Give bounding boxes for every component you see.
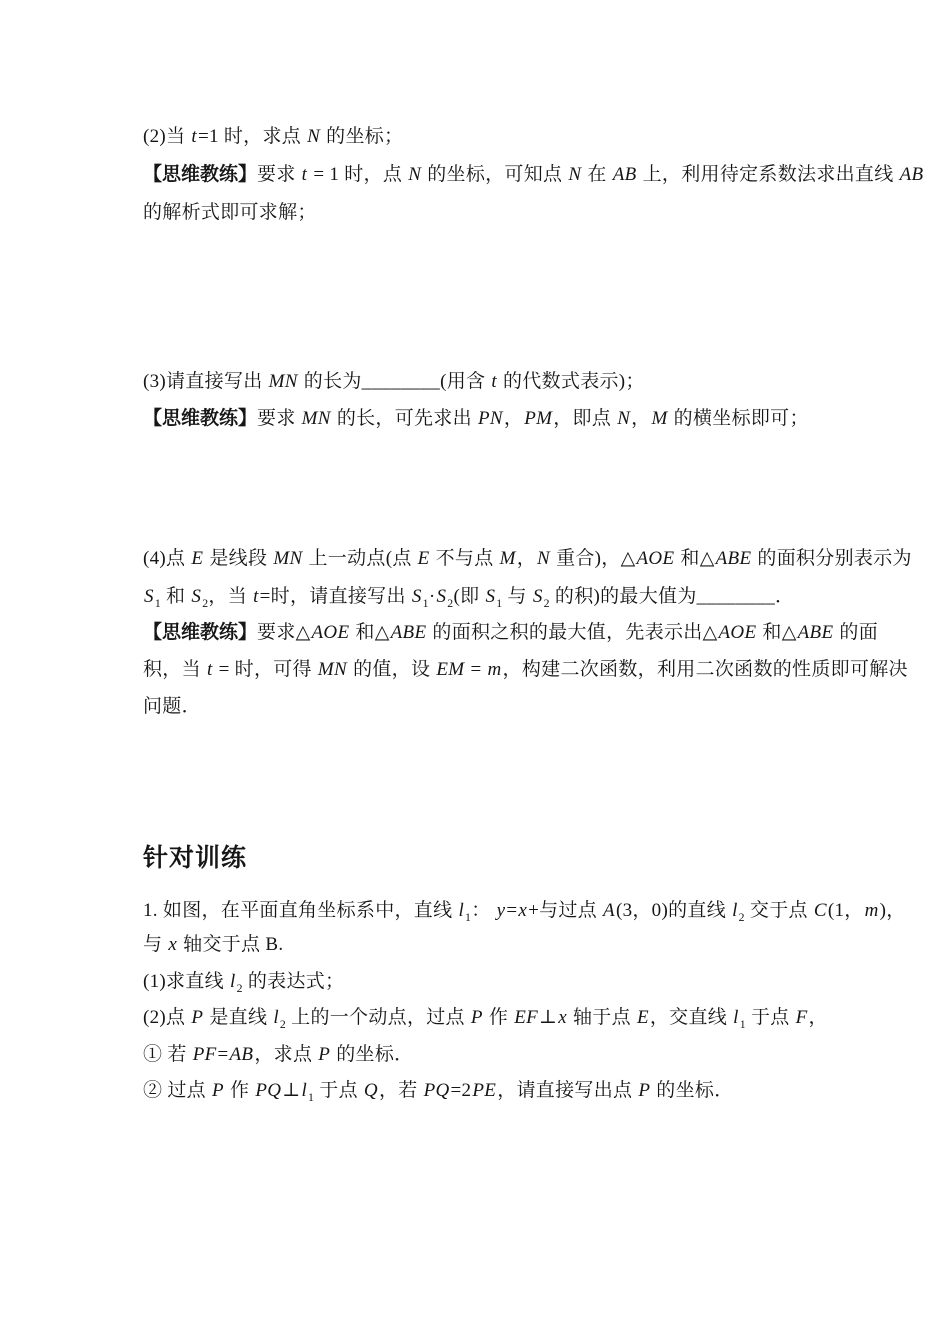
math-variable: N	[306, 126, 321, 147]
text-run: 交于点	[745, 900, 813, 921]
text-run: 的长，可先求出	[332, 408, 477, 429]
text-run: 的坐标；	[321, 126, 403, 147]
math-variable: PE	[471, 1080, 497, 1101]
math-variable: AB	[899, 164, 925, 185]
text-run: =	[506, 900, 517, 921]
coach-note-part4-line2: 积，当 t = 时，可得 MN 的值，设 EM = m，构建二次函数，利用二次函…	[143, 656, 908, 683]
text-run: )，	[880, 900, 906, 921]
text-run: (3)请直接写出	[143, 371, 268, 392]
text-run: 的值，设	[348, 659, 435, 680]
question-part3: (3)请直接写出 MN 的长为________(用含 t 的代数式表示)；	[143, 368, 645, 395]
math-variable: N	[536, 548, 551, 569]
text-run: 问题．	[143, 696, 201, 717]
text-run: 轴于点	[568, 1007, 636, 1028]
text-run: 和	[161, 586, 190, 607]
text-run: (2)点	[143, 1007, 190, 1028]
text-run: 的积)的最大值为________．	[550, 586, 794, 607]
text-run: 1. 如图，在平面直角坐标系中，直线	[143, 900, 457, 921]
math-variable: M	[650, 408, 668, 429]
math-variable: S	[435, 586, 447, 607]
math-variable: l	[731, 900, 739, 921]
question-part4-line1: (4)点 E 是线段 MN 上一动点(点 E 不与点 M，N 重合)，△AOE …	[143, 545, 912, 572]
text-run: 上的一个动点，过点	[286, 1007, 470, 1028]
text-run: (3，0)的直线	[616, 900, 731, 921]
text-run: 和△	[757, 622, 796, 643]
text-run: (2)当	[143, 126, 190, 147]
bold-label: 【思维教练】	[143, 164, 257, 185]
text-run: ，构建二次函数，利用二次函数的性质即可解决	[503, 659, 908, 680]
text-run: = 时，可得	[214, 659, 317, 680]
math-variable: y	[496, 900, 507, 921]
text-run: ，当	[208, 586, 252, 607]
text-run: ，请直接写出点	[497, 1080, 637, 1101]
text-run: (4)点	[143, 548, 190, 569]
math-variable: AOE	[636, 548, 676, 569]
math-variable: S	[411, 586, 423, 607]
text-run: ，	[809, 1007, 828, 1028]
math-variable: PF	[192, 1044, 218, 1065]
math-variable: E	[190, 548, 204, 569]
math-variable: Q	[363, 1080, 379, 1101]
math-variable: MN	[272, 548, 303, 569]
math-variable: M	[499, 548, 517, 569]
question-part4-line2: S1 和 S2，当 t=时，请直接写出 S1·S2(即 S1 与 S2 的积)的…	[143, 583, 794, 610]
text-run: 的面积之积的最大值，先表示出△	[427, 622, 717, 643]
text-run: 与	[502, 586, 531, 607]
math-variable: ABE	[715, 548, 753, 569]
text-run: 积，当	[143, 659, 206, 680]
math-variable: P	[190, 1007, 204, 1028]
section-heading: 针对训练	[143, 842, 247, 874]
text-run: ，	[631, 408, 650, 429]
math-variable: EF	[513, 1007, 539, 1028]
training-problem1-sub2: ② 过点 P 作 PQ⊥l1 于点 Q，若 PQ=2PE，请直接写出点 P 的坐…	[143, 1077, 734, 1104]
text-run: 要求	[257, 408, 301, 429]
text-run: 的坐标，可知点	[422, 164, 567, 185]
coach-note-part4-line3: 问题．	[143, 693, 201, 720]
math-variable: t	[252, 586, 260, 607]
math-variable: P	[211, 1080, 225, 1101]
text-run: 上，利用待定系数法求出直线	[638, 164, 899, 185]
coach-note-part2-line1: 【思维教练】要求 t = 1 时，点 N 的坐标，可知点 N 在 AB 上，利用…	[143, 161, 924, 188]
text-run: (1，	[828, 900, 864, 921]
training-problem1-part1: (1)求直线 l2 的表达式；	[143, 968, 344, 995]
math-variable: l	[732, 1007, 740, 1028]
math-variable: F	[795, 1007, 809, 1028]
text-run: 重合)，△	[551, 548, 636, 569]
text-run: 是直线	[204, 1007, 272, 1028]
text-run: 是线段	[204, 548, 272, 569]
math-variable: ABE	[390, 622, 428, 643]
math-variable: m	[864, 900, 880, 921]
math-variable: EM	[435, 659, 465, 680]
math-variable: MN	[317, 659, 348, 680]
math-variable: x	[517, 900, 528, 921]
text-run: 和△	[350, 622, 389, 643]
text-run: 的表达式；	[243, 971, 345, 992]
math-variable: m	[487, 659, 503, 680]
math-variable: AOE	[718, 622, 758, 643]
math-variable: C	[813, 900, 828, 921]
text-run: ② 过点	[143, 1080, 211, 1101]
text-run: 与	[143, 934, 167, 955]
training-problem1-part2: (2)点 P 是直线 l2 上的一个动点，过点 P 作 EF⊥x 轴于点 E，交…	[143, 1004, 828, 1031]
math-variable: S	[532, 586, 544, 607]
text-run: 不与点	[431, 548, 499, 569]
math-variable: PQ	[254, 1080, 282, 1101]
math-variable: t	[206, 659, 214, 680]
text-run: 作	[225, 1080, 254, 1101]
math-variable: MN	[268, 371, 299, 392]
math-variable: N	[567, 164, 582, 185]
text-run: 的面积分别表示为	[752, 548, 911, 569]
text-run: 要求△	[257, 622, 311, 643]
text-run: 要求	[257, 164, 301, 185]
math-variable: N	[616, 408, 631, 429]
training-problem1-line2: 与 x 轴交于点 B.	[143, 931, 283, 958]
math-variable: P	[470, 1007, 484, 1028]
math-variable: l	[229, 971, 237, 992]
math-variable: S	[143, 586, 155, 607]
text-run: 的坐标．	[331, 1044, 413, 1065]
question-part2: (2)当 t=1 时，求点 N 的坐标；	[143, 123, 403, 150]
text-run: 的横坐标即可；	[669, 408, 809, 429]
math-variable: l	[457, 900, 465, 921]
text-run: 上一动点(点	[303, 548, 416, 569]
math-variable: S	[190, 586, 202, 607]
bold-label: 【思维教练】	[143, 622, 257, 643]
text-run: 于点	[314, 1080, 363, 1101]
math-variable: A	[602, 900, 616, 921]
math-variable: x	[167, 934, 178, 955]
text-run: 和△	[675, 548, 714, 569]
text-run: 轴交于点 B.	[178, 934, 283, 955]
math-variable: P	[637, 1080, 651, 1101]
text-run: +与过点	[528, 900, 602, 921]
math-variable: t	[490, 371, 498, 392]
text-run: =	[218, 1044, 229, 1065]
coach-note-part3: 【思维教练】要求 MN 的长，可先求出 PN，PM，即点 N，M 的横坐标即可；	[143, 405, 809, 432]
text-run: ，交直线	[650, 1007, 732, 1028]
text-run: ⊥	[282, 1080, 300, 1101]
text-run: ：	[471, 900, 495, 921]
text-run: 的解析式即可求解；	[143, 202, 317, 223]
math-variable: MN	[301, 408, 332, 429]
text-run: =2	[451, 1080, 472, 1101]
text-run: 的代数式表示)；	[498, 371, 645, 392]
text-run: ，	[517, 548, 536, 569]
math-variable: AB	[612, 164, 638, 185]
text-run: 作	[484, 1007, 513, 1028]
text-run: (1)求直线	[143, 971, 229, 992]
coach-note-part4-line1: 【思维教练】要求△AOE 和△ABE 的面积之积的最大值，先表示出△AOE 和△…	[143, 619, 878, 646]
text-run: 的面	[834, 622, 878, 643]
training-problem1-line1: 1. 如图，在平面直角坐标系中，直线 l1： y=x+与过点 A(3，0)的直线…	[143, 897, 906, 924]
text-run: ，即点	[553, 408, 616, 429]
text-run: ，若	[379, 1080, 423, 1101]
text-run: ① 若	[143, 1044, 192, 1065]
training-problem1-sub1: ① 若 PF=AB，求点 P 的坐标．	[143, 1041, 413, 1068]
math-variable: AOE	[311, 622, 351, 643]
text-run: =时，请直接写出	[260, 586, 411, 607]
text-run: 在	[582, 164, 611, 185]
math-variable: PQ	[423, 1080, 451, 1101]
math-variable: P	[317, 1044, 331, 1065]
math-variable: PM	[523, 408, 553, 429]
math-variable: x	[557, 1007, 568, 1028]
math-variable: PN	[477, 408, 504, 429]
document-page: (2)当 t=1 时，求点 N 的坐标； 【思维教练】要求 t = 1 时，点 …	[0, 0, 950, 1344]
bold-label: 【思维教练】	[143, 408, 257, 429]
math-variable: S	[484, 586, 496, 607]
math-variable: l	[272, 1007, 280, 1028]
math-variable: l	[300, 1080, 308, 1101]
math-variable: N	[407, 164, 422, 185]
math-variable: E	[636, 1007, 650, 1028]
math-variable: ABE	[797, 622, 835, 643]
text-run: ，求点	[254, 1044, 317, 1065]
text-run: = 1 时，点	[308, 164, 407, 185]
text-run: ⊥	[539, 1007, 557, 1028]
math-variable: t	[190, 126, 198, 147]
text-run: =	[465, 659, 486, 680]
text-run: 的长为________(用含	[299, 371, 491, 392]
math-variable: AB	[229, 1044, 255, 1065]
text-run: =1 时，求点	[198, 126, 306, 147]
coach-note-part2-line2: 的解析式即可求解；	[143, 199, 317, 226]
text-run: 于点	[746, 1007, 795, 1028]
text-run: 的坐标．	[651, 1080, 733, 1101]
math-variable: E	[417, 548, 431, 569]
text-run: (即	[453, 586, 484, 607]
text-run: ，	[504, 408, 523, 429]
